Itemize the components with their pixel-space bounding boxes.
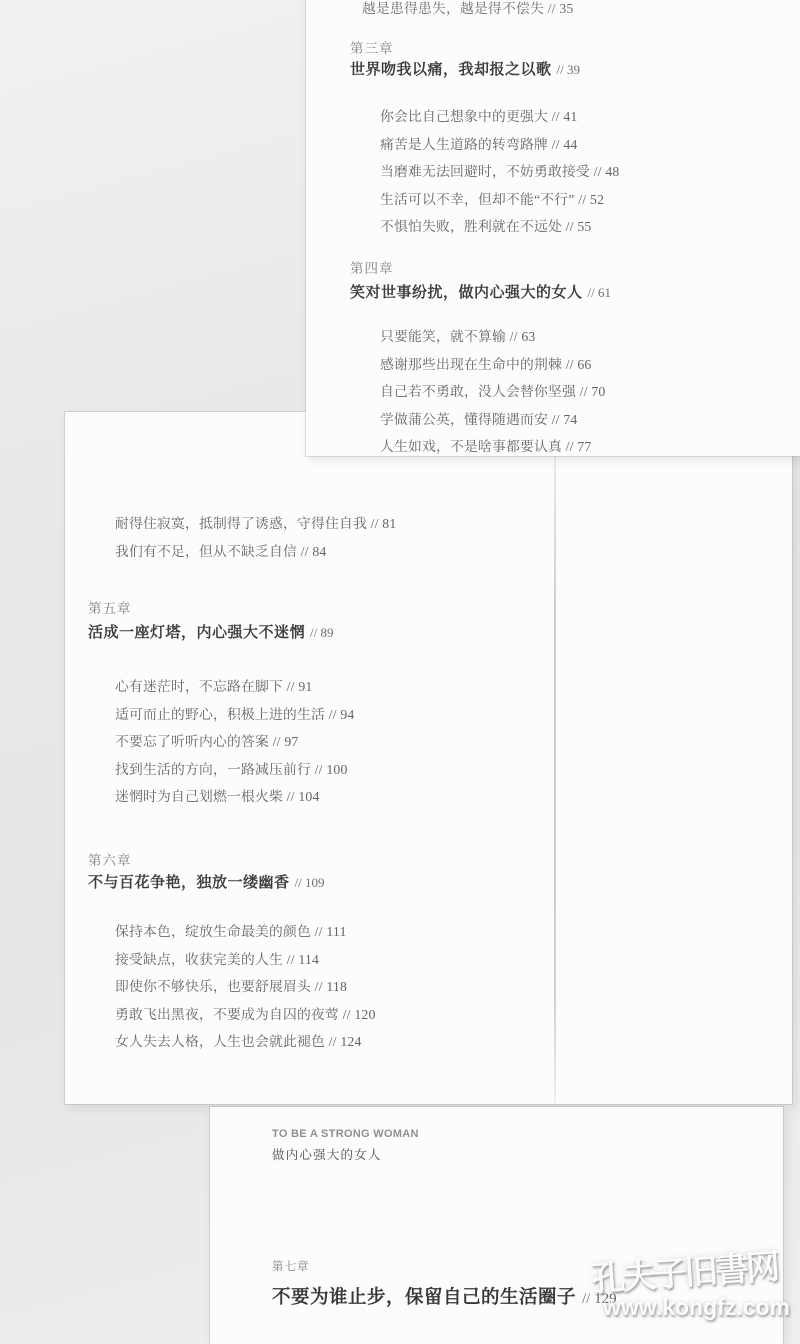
toc-item: 适可而止的野心，积极上进的生活 // 94: [115, 701, 355, 729]
chapter-title: 不与百花争艳，独放一缕幽香// 109: [88, 871, 325, 892]
toc-item: 保持本色，绽放生命最美的颜色 // 111: [115, 918, 376, 946]
toc-item: 迷惘时为自己划燃一根火柴 // 104: [115, 783, 355, 811]
chapter-title-text: 不要为谁止步，保留自己的生活圈子: [272, 1288, 576, 1308]
chapter-label: 第七章: [272, 1258, 310, 1274]
toc-item: 当磨难无法回避时，不妨勇敢接受 // 48: [380, 158, 620, 186]
toc-item: 即使你不够快乐，也要舒展眉头 // 118: [115, 973, 376, 1001]
toc-item: 接受缺点，收获完美的人生 // 114: [115, 946, 376, 974]
chapter-title-text: 不与百花争艳，独放一缕幽香: [88, 875, 290, 891]
chapter-title-text: 笑对世事纷扰，做内心强大的女人: [350, 285, 583, 301]
chapter-title: 不要为谁止步，保留自己的生活圈子// 129: [272, 1283, 617, 1309]
toc-item: 你会比自己想象中的更强大 // 41: [380, 103, 620, 131]
toc-items-chapter4-continued: 耐得住寂寞，抵制得了诱惑，守得住自我 // 81 我们有不足，但从不缺乏自信 /…: [115, 510, 397, 565]
toc-item: 不要忘了听听内心的答案 // 97: [115, 728, 355, 756]
page-fold-seam: [554, 412, 556, 1104]
chapter-label: 第四章: [350, 257, 394, 277]
toc-item: 耐得住寂寞，抵制得了诱惑，守得住自我 // 81: [115, 510, 397, 538]
toc-item: 只要能笑，就不算输 // 63: [380, 323, 606, 351]
chapter-page-number: // 61: [588, 285, 611, 300]
series-title-en: TO BE A STRONG WOMAN: [272, 1128, 419, 1140]
toc-item: 感谢那些出现在生命中的荆棘 // 66: [380, 351, 606, 379]
toc-item: 不惧怕失败，胜利就在不远处 // 55: [380, 213, 620, 241]
toc-page-upper: 越是患得患失，越是得不偿失 // 35 第三章 世界吻我以痛，我却报之以歌// …: [306, 0, 800, 456]
toc-page-middle: 耐得住寂寞，抵制得了诱惑，守得住自我 // 81 我们有不足，但从不缺乏自信 /…: [65, 412, 792, 1104]
toc-item: 我们有不足，但从不缺乏自信 // 84: [115, 538, 397, 566]
watermark: 孔夫子旧書网 www.kongfz.com: [593, 1252, 790, 1321]
toc-item: 生活可以不幸，但却不能“不行” // 52: [380, 186, 620, 214]
chapter-label: 第五章: [88, 597, 132, 617]
toc-items-chapter5: 心有迷茫时，不忘路在脚下 // 91 适可而止的野心，积极上进的生活 // 94…: [115, 673, 355, 811]
book-photo-background: 耐得住寂寞，抵制得了诱惑，守得住自我 // 81 我们有不足，但从不缺乏自信 /…: [0, 0, 800, 1344]
chapter-label: 第三章: [350, 37, 394, 57]
chapter-page-number: // 89: [310, 625, 333, 640]
toc-item: 女人失去人格，人生也会就此褪色 // 124: [115, 1028, 376, 1056]
toc-item: 找到生活的方向，一路减压前行 // 100: [115, 756, 355, 784]
toc-items-chapter3: 你会比自己想象中的更强大 // 41 痛苦是人生道路的转弯路牌 // 44 当磨…: [380, 103, 620, 241]
chapter-title: 活成一座灯塔，内心强大不迷惘// 89: [88, 621, 334, 642]
toc-item: 痛苦是人生道路的转弯路牌 // 44: [380, 131, 620, 159]
chapter-page-number: // 39: [557, 62, 580, 77]
chapter-title-text: 活成一座灯塔，内心强大不迷惘: [88, 625, 305, 641]
toc-item: 心有迷茫时，不忘路在脚下 // 91: [115, 673, 355, 701]
toc-item: 人生如戏，不是啥事都要认真 // 77: [380, 433, 606, 456]
chapter-label: 第六章: [88, 849, 132, 869]
series-title-cn: 做内心强大的女人: [272, 1145, 382, 1163]
toc-item-clipped: 越是患得患失，越是得不偿失 // 35: [362, 0, 574, 17]
toc-item: 学做蒲公英，懂得随遇而安 // 74: [380, 406, 606, 434]
chapter-title: 世界吻我以痛，我却报之以歌// 39: [350, 58, 580, 79]
toc-item: 自己若不勇敢，没人会替你坚强 // 70: [380, 378, 606, 406]
chapter-title: 笑对世事纷扰，做内心强大的女人// 61: [350, 281, 611, 302]
chapter-page-number: // 109: [295, 875, 325, 890]
toc-items-chapter6: 保持本色，绽放生命最美的颜色 // 111 接受缺点，收获完美的人生 // 11…: [115, 918, 376, 1056]
toc-items-chapter4: 只要能笑，就不算输 // 63 感谢那些出现在生命中的荆棘 // 66 自己若不…: [380, 323, 606, 456]
toc-item: 勇敢飞出黑夜，不要成为自囚的夜莺 // 120: [115, 1001, 376, 1029]
chapter-title-text: 世界吻我以痛，我却报之以歌: [350, 62, 552, 78]
